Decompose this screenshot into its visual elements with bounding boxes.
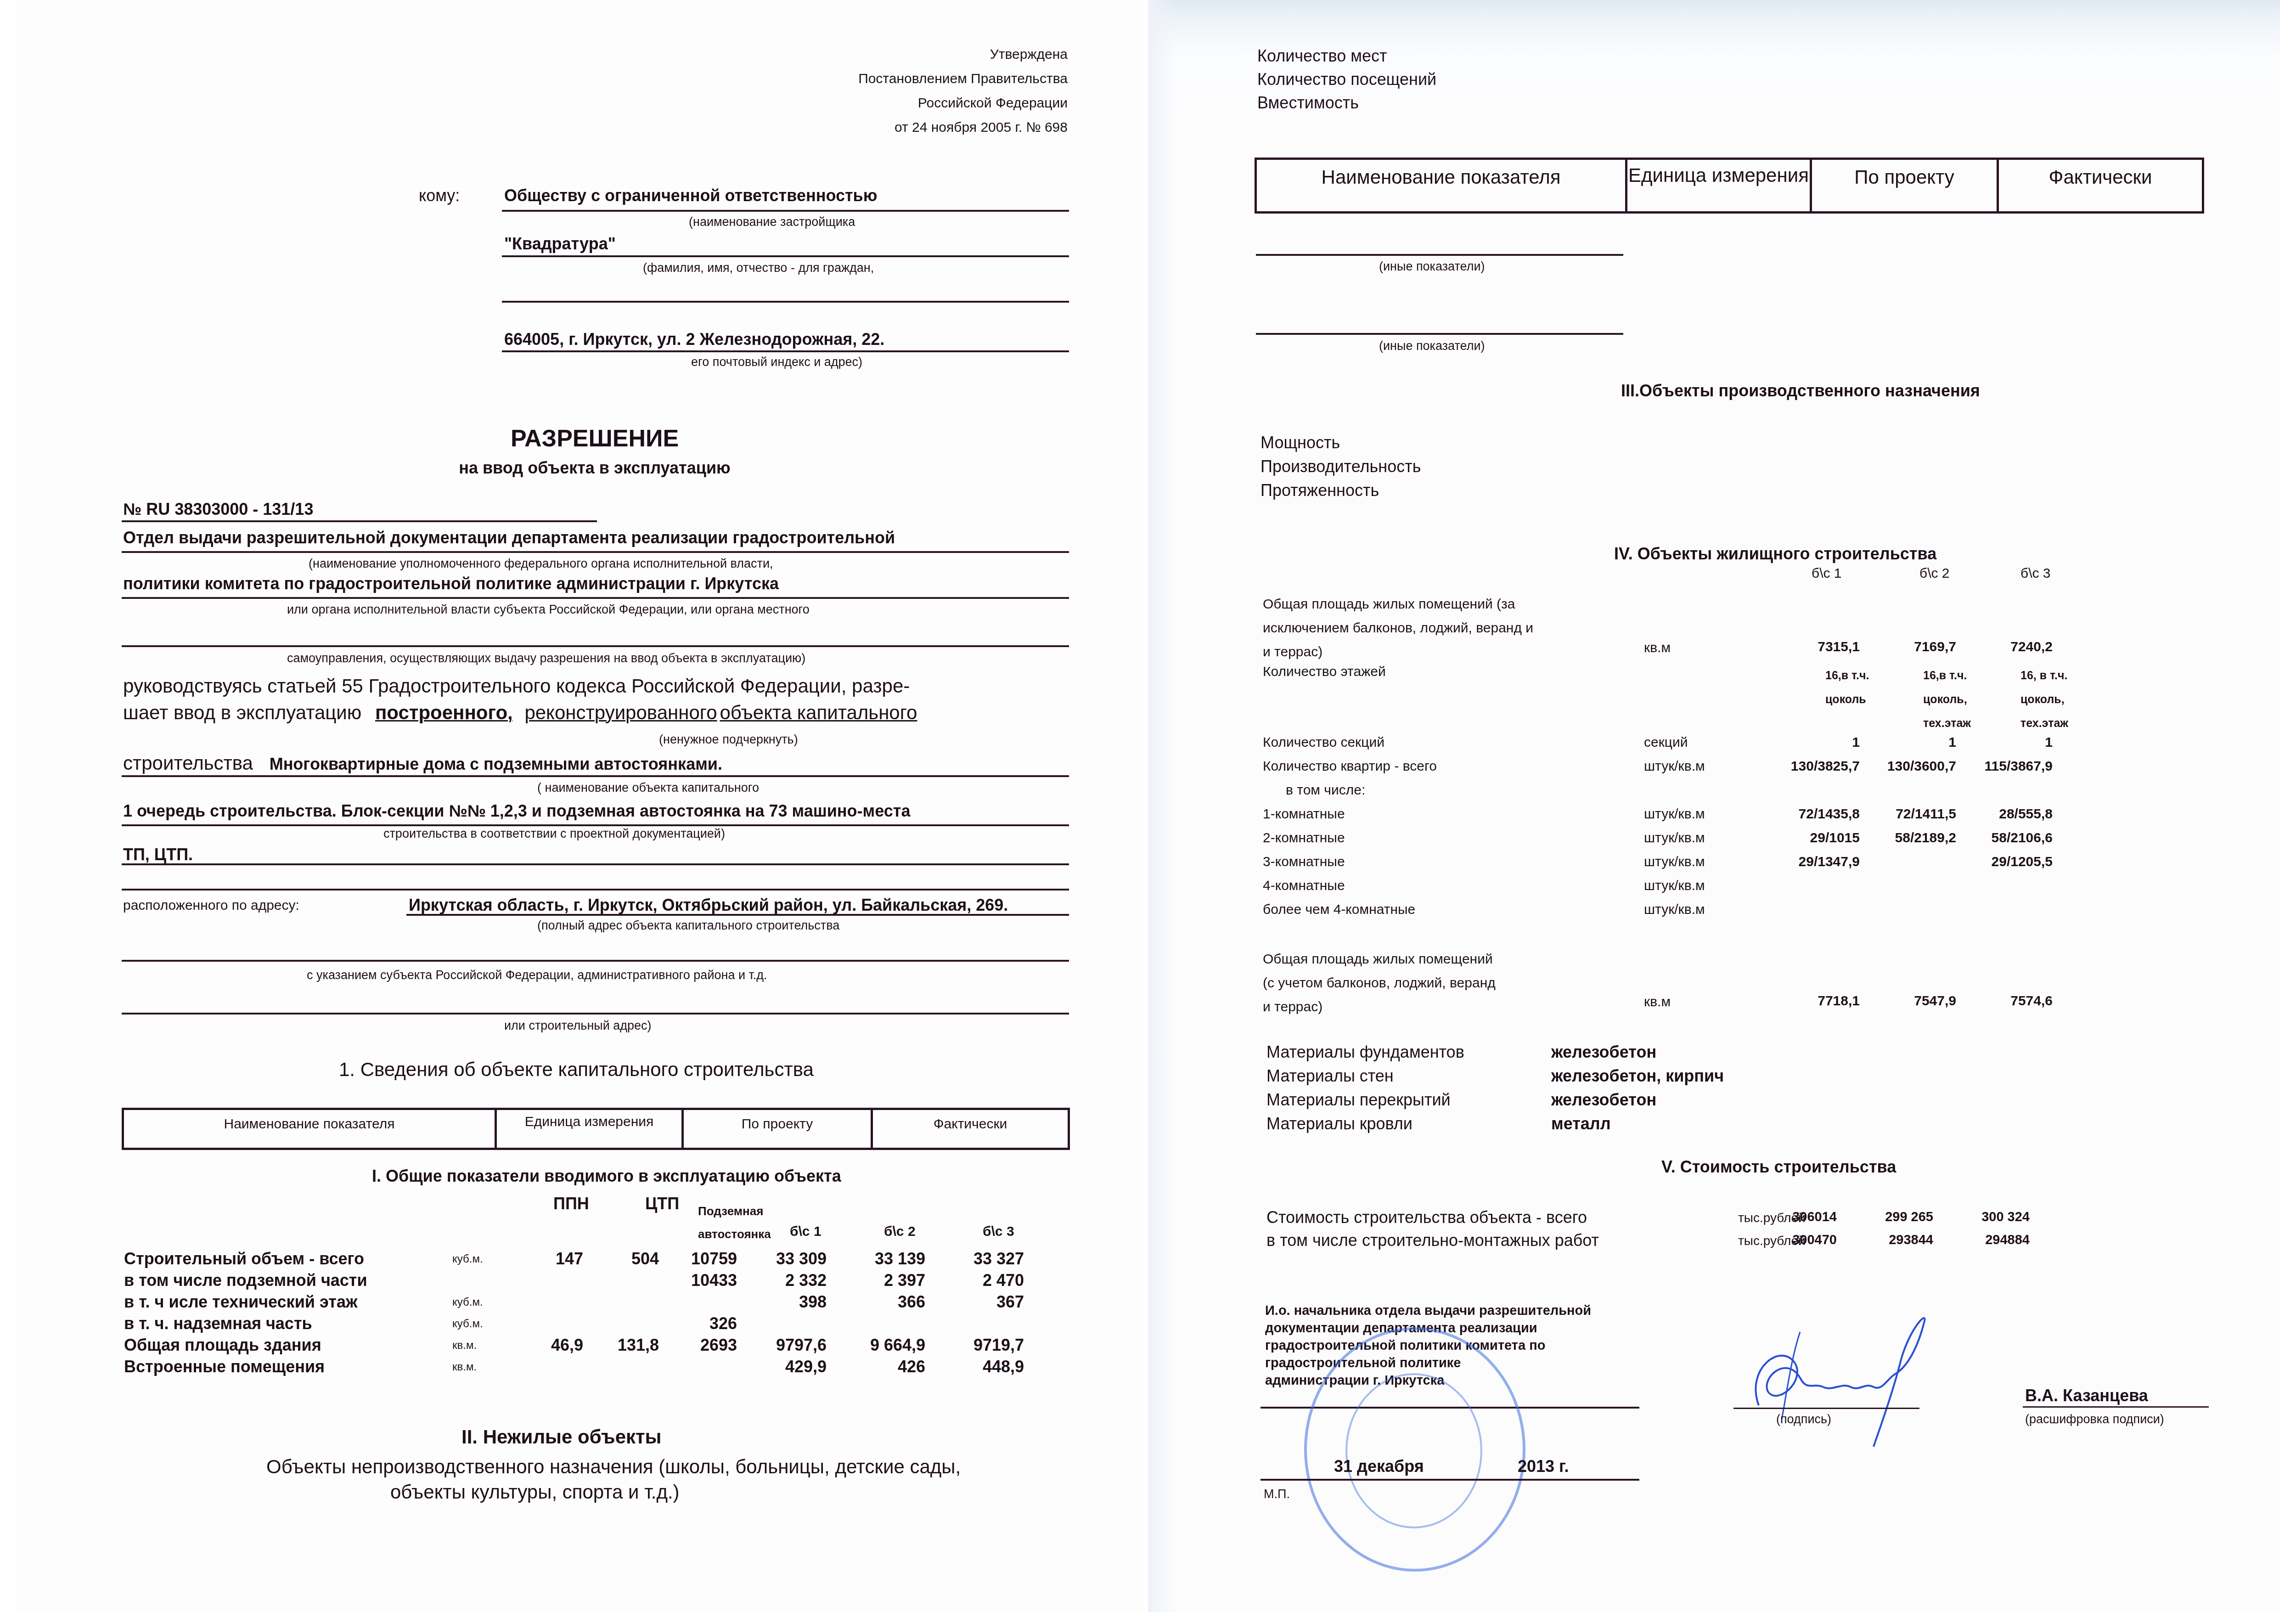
col-parking: Подземная автостоянка: [698, 1200, 785, 1246]
row-value: 326: [636, 1314, 737, 1333]
row-label: Строительный объем - всего: [124, 1249, 364, 1268]
col-indicator-name: Наименование показателя: [1256, 159, 1626, 213]
issue-date-day-month: 31 декабря: [1334, 1457, 1424, 1476]
row-value: 29/1205,5: [1942, 854, 2053, 870]
underline: [122, 597, 1069, 599]
row-unit: секций: [1644, 735, 1688, 750]
row-value: 426: [824, 1357, 925, 1376]
living-area-bs1: 7315,1: [1782, 639, 1860, 655]
col-bs1: б\с 1: [1812, 566, 1842, 581]
indicator-table-header-right: Наименование показателя Единица измерени…: [1255, 158, 2204, 214]
row-unit: куб.м.: [452, 1296, 483, 1309]
underline: [1256, 254, 1623, 256]
underline: [406, 914, 1069, 916]
section-IV-title: IV. Объекты жилищного строительства: [1614, 544, 1936, 564]
floors-text: тех.этаж: [1923, 711, 1971, 735]
underline: [122, 824, 1069, 826]
section-III-items: Мощность Производительность Протяженност…: [1261, 431, 1421, 502]
living-area-bs2: 7169,7: [1878, 639, 1956, 655]
approval-line: Постановлением Правительства: [858, 67, 1068, 91]
row-value: 398: [726, 1292, 827, 1312]
section-III-item: Производительность: [1261, 455, 1421, 479]
col-actual: Фактически: [872, 1109, 1069, 1149]
row-unit: куб.м.: [452, 1318, 483, 1330]
col-bs2: б\с 2: [1919, 566, 1950, 581]
nonres-item: Количество посещений: [1257, 68, 1436, 91]
row-label: Встроенные помещения: [124, 1357, 325, 1376]
total-area-bs1: 7718,1: [1782, 993, 1860, 1009]
underline: [122, 960, 1069, 962]
indicator-table-header: Наименование показателя Единица измерени…: [122, 1108, 1070, 1150]
section-I-title: I. Общие показатели вводимого в эксплуат…: [372, 1167, 841, 1186]
other-indicators-hint: (иные показатели): [1379, 259, 1485, 274]
location-value: Иркутская область, г. Иркутск, Октябрьск…: [409, 896, 1008, 915]
col-unit: Единица измерения: [496, 1109, 683, 1149]
underline: [122, 551, 1069, 553]
total-area-unit: кв.м: [1644, 994, 1671, 1010]
label-line: исключением балконов, лоджий, веранд и: [1263, 616, 1533, 640]
body-text-line2: шает ввод в эксплуатацию построенного, р…: [123, 702, 917, 724]
label-line: Общая площадь жилых помещений: [1263, 947, 1496, 971]
floors-bs3: 16, в т.ч. цоколь, тех.этаж: [2020, 664, 2068, 735]
living-area-unit: кв.м: [1644, 640, 1671, 656]
row-value: 28/555,8: [1942, 806, 2053, 822]
row-value: 58/2106,6: [1942, 830, 2053, 846]
location-hint: с указанием субъекта Российской Федераци…: [307, 968, 767, 982]
body-text: шает ввод в эксплуатацию: [123, 702, 361, 723]
underline: [502, 255, 1069, 257]
total-area-bs2: 7547,9: [1878, 993, 1956, 1009]
row-value: 10433: [636, 1271, 737, 1290]
object-line2: 1 очередь строительства. Блок-секции №№ …: [123, 801, 910, 821]
row-value: 9719,7: [923, 1336, 1024, 1355]
underline: [1261, 1479, 1639, 1481]
body-text: объекта капитального: [720, 702, 917, 723]
row-unit: штук/кв.м: [1644, 830, 1705, 846]
row-label: Стоимость строительства объекта - всего: [1266, 1208, 1587, 1227]
approval-block: Утверждена Постановлением Правительства …: [858, 42, 1068, 140]
row-value: 2 332: [726, 1271, 827, 1290]
location-hint: (полный адрес объекта капитального строи…: [537, 919, 839, 933]
recipient-hint: (наименование застройщика: [689, 215, 855, 229]
row-label: Количество квартир - всего: [1263, 759, 1437, 774]
underline: [122, 1013, 1069, 1015]
row-value: 33 139: [824, 1249, 925, 1268]
section-1-title: 1. Сведения об объекте капитального стро…: [339, 1059, 814, 1081]
nonres-indicators: Количество мест Количество посещений Вме…: [1257, 44, 1436, 114]
row-unit: куб.м.: [452, 1253, 483, 1266]
row-value: 366: [824, 1292, 925, 1312]
row-value: 2 470: [923, 1271, 1024, 1290]
object-prefix: строительства: [123, 752, 253, 774]
col-planned: По проекту: [1811, 159, 1998, 213]
row-value: 29/1015: [1750, 830, 1860, 846]
floors-bs2: 16,в т.ч. цоколь, тех.этаж: [1923, 664, 1971, 735]
recipient-address: 664005, г. Иркутск, ул. 2 Железнодорожна…: [504, 330, 884, 349]
label-line: Общая площадь жилых помещений (за: [1263, 592, 1533, 616]
signer-name-hint: (расшифровка подписи): [2025, 1412, 2164, 1426]
approval-line: Утверждена: [858, 42, 1068, 67]
row-value: 306014: [1745, 1210, 1837, 1225]
row-label: в том числе подземной части: [124, 1271, 367, 1290]
underline: [502, 301, 1069, 303]
recipient-hint: (фамилия, имя, отчество - для граждан,: [643, 261, 874, 275]
row-value: 299 265: [1841, 1210, 1933, 1225]
total-area-label: Общая площадь жилых помещений (с учетом …: [1263, 947, 1496, 1019]
row-unit: штук/кв.м: [1644, 806, 1705, 822]
row-value: 448,9: [923, 1357, 1024, 1376]
row-value: 2 397: [824, 1271, 925, 1290]
row-unit: кв.м.: [452, 1361, 477, 1374]
official-seal-inner-ring: [1345, 1373, 1482, 1528]
material-value: железобетон: [1551, 1090, 1656, 1110]
row-value: 130/3600,7: [1846, 759, 1956, 774]
body-text-line1: руководствуясь статьей 55 Градостроитель…: [123, 675, 910, 697]
issuer-hint: или органа исполнительной власти субъект…: [287, 603, 810, 617]
total-area-bs3: 7574,6: [1975, 993, 2053, 1009]
row-unit: штук/кв.м: [1644, 902, 1705, 918]
row-value: 9797,6: [726, 1336, 827, 1355]
object-name: Многоквартирные дома с подземными автост…: [270, 755, 722, 773]
section-III-item: Протяженность: [1261, 479, 1421, 502]
section-II-line2: объекты культуры, спорта и т.д.): [390, 1481, 680, 1503]
label-line: и террас): [1263, 640, 1533, 664]
row-value: 72/1435,8: [1750, 806, 1860, 822]
document-subtitle: на ввод объекта в эксплуатацию: [44, 458, 1146, 478]
material-value: железобетон: [1551, 1043, 1656, 1062]
floors-text: 16,в т.ч.: [1825, 664, 1869, 688]
nonres-item: Вместимость: [1257, 91, 1436, 114]
row-value: 1: [1942, 735, 2053, 750]
recipient-hint: его почтовый индекс и адрес): [691, 355, 862, 369]
object-line3: ТП, ЦТП.: [123, 845, 193, 864]
row-value: 29/1347,9: [1750, 854, 1860, 870]
row-value: 130/3825,7: [1750, 759, 1860, 774]
permit-number: № RU 38303000 - 131/13: [123, 500, 313, 519]
row-unit: кв.м.: [452, 1339, 477, 1352]
row-label: 1-комнатные: [1263, 806, 1345, 822]
approval-line: от 24 ноября 2005 г. № 698: [858, 115, 1068, 140]
underline: [502, 350, 1069, 352]
material-label: Материалы стен: [1266, 1066, 1394, 1086]
row-label: 3-комнатные: [1263, 854, 1345, 870]
row-value: 115/3867,9: [1942, 759, 2053, 774]
material-value: железобетон, кирпич: [1551, 1066, 1724, 1086]
section-V-title: V. Стоимость строительства: [1661, 1157, 1896, 1177]
location-hint: или строительный адрес): [504, 1019, 652, 1033]
floors-text: тех.этаж: [2020, 711, 2068, 735]
row-unit: штук/кв.м: [1644, 878, 1705, 894]
row-value: 58/2189,2: [1846, 830, 1956, 846]
row-value: 1: [1846, 735, 1956, 750]
row-unit: штук/кв.м: [1644, 854, 1705, 870]
section-III-item: Мощность: [1261, 431, 1421, 455]
material-label: Материалы фундаментов: [1266, 1043, 1464, 1062]
option-reconstructed-struck: реконструированного: [524, 702, 717, 723]
other-indicators-hint: (иные показатели): [1379, 339, 1485, 353]
row-value: 72/1411,5: [1846, 806, 1956, 822]
living-area-bs3: 7240,2: [1975, 639, 2053, 655]
seal-label: М.П.: [1264, 1487, 1290, 1501]
floors-text: 16,в т.ч.: [1923, 664, 1971, 688]
row-value: 294884: [1938, 1233, 2030, 1248]
col-bs3: б\с 3: [983, 1224, 1014, 1240]
object-hint: ( наименование объекта капитального: [537, 781, 759, 795]
approval-line: Российской Федерации: [858, 91, 1068, 115]
col-bs1: б\с 1: [790, 1224, 822, 1240]
section-II-title: II. Нежилые объекты: [461, 1426, 661, 1448]
body-hint: (ненужное подчеркнуть): [659, 733, 798, 747]
row-value: 33 327: [923, 1249, 1024, 1268]
row-label: Количество секций: [1263, 735, 1384, 750]
handwritten-signature-icon: [1727, 1313, 1947, 1451]
row-value: 367: [923, 1292, 1024, 1312]
floors-text: цоколь,: [1923, 688, 1971, 711]
floors-text: цоколь: [1825, 688, 1869, 711]
col-bs2: б\с 2: [884, 1224, 916, 1240]
object-hint: строительства в соответствии с проектной…: [383, 827, 725, 841]
issuer-hint: самоуправления, осуществляющих выдачу ра…: [287, 651, 805, 665]
row-value: 33 309: [726, 1249, 827, 1268]
row-value: 1: [1750, 735, 1860, 750]
document-title: РАЗРЕШЕНИЕ: [44, 425, 1146, 452]
floors-text: цоколь,: [2020, 688, 2068, 711]
position-line: И.о. начальника отдела выдачи разрешител…: [1265, 1302, 1591, 1319]
option-built: построенного,: [375, 702, 513, 723]
section-II-line1: Объекты непроизводственного назначения (…: [266, 1456, 961, 1478]
row-value: 429,9: [726, 1357, 827, 1376]
recipient-name-line2: "Квадратура": [504, 234, 616, 254]
material-label: Материалы кровли: [1266, 1114, 1412, 1133]
col-planned: По проекту: [683, 1109, 872, 1149]
underline: [1733, 1408, 1919, 1409]
section-III-title: III.Объекты производственного назначения: [1621, 381, 1980, 400]
row-label: 2-комнатные: [1263, 830, 1345, 846]
label-line: (с учетом балконов, лоджий, веранд: [1263, 971, 1496, 995]
recipient-label: кому:: [419, 186, 460, 205]
row-label: в том числе строительно-монтажных работ: [1266, 1231, 1599, 1250]
row-value: 2693: [636, 1336, 737, 1355]
living-area-label: Общая площадь жилых помещений (за исключ…: [1263, 592, 1533, 664]
signature-hint: (подпись): [1776, 1412, 1831, 1426]
material-label: Материалы перекрытий: [1266, 1090, 1451, 1110]
nonres-item: Количество мест: [1257, 44, 1436, 68]
row-value: 300470: [1745, 1233, 1837, 1248]
row-label: в том числе:: [1286, 783, 1365, 798]
material-value: металл: [1551, 1114, 1611, 1133]
col-ppn: ППН: [553, 1194, 589, 1213]
row-label: 4-комнатные: [1263, 878, 1345, 894]
floors-bs1: 16,в т.ч. цоколь: [1825, 664, 1869, 711]
underline: [122, 775, 1069, 777]
signer-name: В.А. Казанцева: [2025, 1386, 2148, 1405]
col-ctp: ЦТП: [645, 1194, 679, 1213]
issuer-line2: политики комитета по градостроительной п…: [123, 574, 779, 593]
row-value: 9 664,9: [824, 1336, 925, 1355]
recipient-name-line1: Обществу с ограниченной ответственностью: [504, 186, 877, 205]
issuer-line1: Отдел выдачи разрешительной документации…: [123, 528, 895, 547]
row-value: 293844: [1841, 1233, 1933, 1248]
issuer-hint: (наименование уполномоченного федерально…: [309, 557, 773, 571]
location-label: расположенного по адресу:: [123, 898, 299, 913]
col-actual: Фактически: [1998, 159, 2203, 213]
underline: [1256, 333, 1623, 335]
floors-text: 16, в т.ч.: [2020, 664, 2068, 688]
row-label: в т. ч исле технический этаж: [124, 1292, 357, 1312]
row-label: Общая площадь здания: [124, 1336, 321, 1355]
underline: [122, 863, 1069, 865]
underline: [2023, 1406, 2209, 1408]
underline: [122, 520, 597, 522]
col-unit: Единица измерения: [1626, 159, 1811, 213]
col-bs3: б\с 3: [2020, 566, 2051, 581]
row-value: 10759: [636, 1249, 737, 1268]
underline: [122, 889, 1069, 891]
floors-label: Количество этажей: [1263, 664, 1386, 680]
row-value: 300 324: [1938, 1210, 2030, 1225]
row-label: в т. ч. надземная часть: [124, 1314, 312, 1333]
issue-date-year: 2013 г.: [1518, 1457, 1569, 1476]
col-indicator-name: Наименование показателя: [123, 1109, 496, 1149]
object-line1: строительства Многоквартирные дома с под…: [123, 752, 722, 774]
row-label: более чем 4-комнатные: [1263, 902, 1415, 918]
underline: [502, 210, 1069, 212]
label-line: и террас): [1263, 995, 1496, 1019]
row-unit: штук/кв.м: [1644, 759, 1705, 774]
underline: [122, 645, 1069, 647]
